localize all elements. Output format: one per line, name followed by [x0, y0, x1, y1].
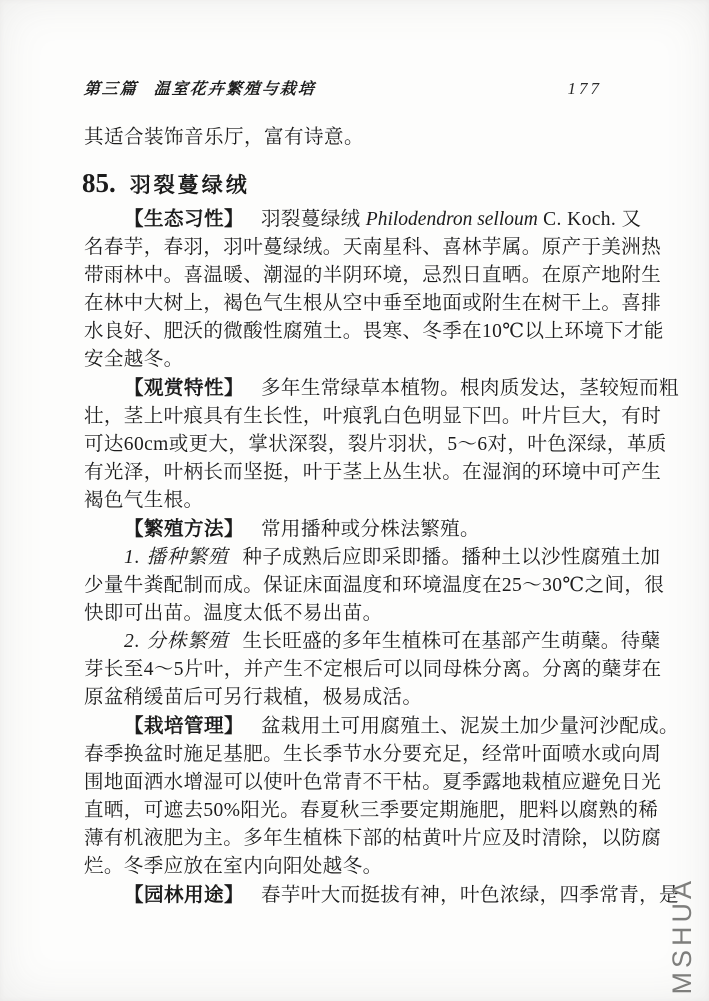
- paragraph-line: 【栽培管理】盆栽用土可用腐殖土、泥炭土加少量河沙配成。: [84, 712, 662, 741]
- section-label-ecology: 【生态习性】: [124, 208, 244, 230]
- previous-entry-last-line: 其适合装饰音乐厅，富有诗意。: [84, 121, 364, 149]
- paragraph-text: C. Koch. 又: [538, 209, 642, 230]
- page-number: 177: [568, 79, 603, 99]
- paragraph-line: 烂。冬季应放在室内向阳处越冬。: [84, 853, 662, 881]
- entry-number: 85.: [82, 168, 116, 199]
- subsection-label-seed: 1. 播种繁殖: [124, 547, 229, 568]
- paragraph-line: 名春芋，春羽，羽叶蔓绿绒。天南星科、喜林芋属。原产于美洲热: [84, 234, 662, 262]
- paragraph-line: 直晒，可遮去50%阳光。春夏秋三季要定期施肥，肥料以腐熟的稀: [84, 797, 662, 825]
- paragraph-line: 芽长至4～5片叶，并产生不定根后可以同母株分离。分离的蘖芽在: [84, 656, 662, 684]
- paragraph-text: 羽裂蔓绿绒: [261, 209, 366, 230]
- paragraph-line: 【繁殖方法】常用播种或分株法繁殖。: [84, 515, 662, 544]
- section-label-propagation: 【繁殖方法】: [124, 518, 244, 540]
- paragraph-text: 生长旺盛的多年生植株可在基部产生萌蘖。待蘖: [243, 631, 661, 652]
- paragraph-line: 带雨林中。喜温暖、潮湿的半阴环境，忌烈日直晒。在原产地附生: [84, 262, 662, 290]
- paragraph-line: 薄有机液肥为主。多年生植株下部的枯黄叶片应及时清除，以防腐: [84, 825, 662, 853]
- paragraph-line: 可达60cm或更大，掌状深裂，裂片羽状，5～6对，叶色深绿，革质: [84, 431, 662, 459]
- scanned-book-page: 第三篇温室花卉繁殖与栽培 177 其适合装饰音乐厅，富有诗意。 85. 羽裂蔓绿…: [0, 0, 709, 1001]
- section-label-ornamental: 【观赏特性】: [124, 377, 244, 399]
- paragraph-line: 【观赏特性】多年生常绿草本植物。根肉质发达，茎较短而粗: [84, 374, 662, 403]
- paragraph-line: 褐色气生根。: [84, 487, 662, 515]
- running-header: 第三篇温室花卉繁殖与栽培 177: [84, 76, 660, 99]
- paragraph-line: 围地面洒水增湿可以使叶色常青不干枯。夏季露地栽植应避免日光: [84, 769, 662, 797]
- paragraph-line: 1. 播种繁殖种子成熟后应即采即播。播种土以沙性腐殖土加: [84, 544, 662, 572]
- paragraph-text: 春芋叶大而挺拔有神，叶色浓绿，四季常青，是: [261, 885, 679, 906]
- paragraph-line: 水良好、肥沃的微酸性腐殖土。畏寒、冬季在10℃以上环境下才能: [84, 318, 662, 346]
- paragraph-line: 少量牛粪配制而成。保证床面温度和环境温度在25～30℃之间，很: [84, 572, 662, 600]
- paragraph-text: 常用播种或分株法繁殖。: [261, 519, 480, 540]
- paragraph-line: 春季换盆时施足基肥。生长季节水分要充足，经常叶面喷水或向周: [84, 741, 662, 769]
- species-latin-name: Philodendron selloum: [366, 209, 538, 230]
- paragraph-line: 有光泽，叶柄长而坚挺，叶于茎上丛生状。在湿润的环境中可产生: [84, 459, 662, 487]
- paragraph-line: 快即可出苗。温度太低不易出苗。: [84, 600, 662, 628]
- subsection-label-division: 2. 分株繁殖: [124, 631, 229, 652]
- paragraph-text: 多年生常绿草本植物。根肉质发达，茎较短而粗: [261, 378, 679, 399]
- paragraph-text: 盆栽用土可用腐殖土、泥炭土加少量河沙配成。: [261, 716, 679, 737]
- paragraph-line: 原盆稍缓苗后可另行栽植，极易成活。: [84, 684, 662, 712]
- section-label-cultivation: 【栽培管理】: [124, 715, 244, 737]
- section-label-landscape: 【园林用途】: [124, 884, 244, 906]
- paragraph-line: 【园林用途】春芋叶大而挺拔有神，叶色浓绿，四季常青，是: [84, 881, 662, 910]
- paragraph-line: 安全越冬。: [84, 346, 662, 374]
- entry-title: 羽裂蔓绿绒: [130, 169, 250, 199]
- paragraph-text: 种子成熟后应即采即播。播种土以沙性腐殖土加: [243, 547, 661, 568]
- entry-body: 【生态习性】羽裂蔓绿绒 Philodendron selloum C. Koch…: [84, 205, 662, 910]
- paragraph-line: 在林中大树上，褐色气生根从空中垂至地面或附生在树干上。喜排: [84, 290, 662, 318]
- paragraph-line: 【生态习性】羽裂蔓绿绒 Philodendron selloum C. Koch…: [84, 205, 662, 234]
- book-title: 温室花卉繁殖与栽培: [153, 81, 316, 98]
- watermark: MSHUA: [667, 877, 698, 995]
- entry-heading: 85. 羽裂蔓绿绒: [82, 168, 250, 199]
- paragraph-line: 2. 分株繁殖生长旺盛的多年生植株可在基部产生萌蘖。待蘖: [84, 628, 662, 656]
- part-label: 第三篇: [83, 81, 138, 98]
- running-header-title: 第三篇温室花卉繁殖与栽培: [83, 76, 317, 99]
- paragraph-line: 壮，茎上叶痕具有生长性，叶痕乳白色明显下凹。叶片巨大，有时: [84, 403, 662, 431]
